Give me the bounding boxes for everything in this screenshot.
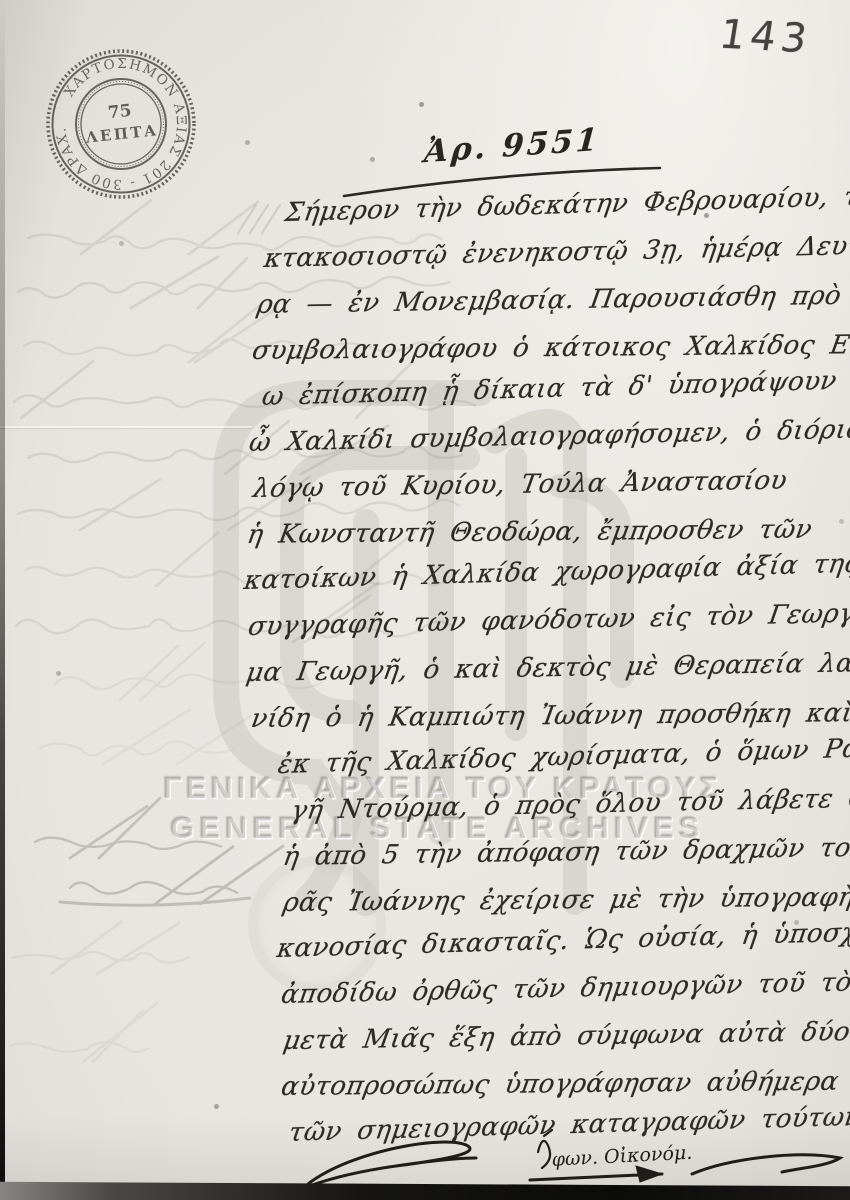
ghost-stamp-impression <box>248 856 386 994</box>
manuscript-line: νίδη ὁ ἡ Καμπιώτη Ἰωάννη προσθήκη καὶ ὡς <box>249 698 850 734</box>
manuscript-line: συμβολαιογράφου ὁ κάτοικος Χαλκίδος Εὐάν… <box>250 330 850 366</box>
manuscript-line: ρᾶς Ἰωάννης ἐχείρισε μὲ τὴν ὑπογραφὴ <box>281 882 850 918</box>
signature-monogram <box>538 1130 552 1168</box>
bleed-through-line <box>12 922 190 974</box>
manuscript-scan-page: ΧΑΡΤΟΣΗΜΟΝ ΑΞΙΑΣ 201 - 300 ΔΡΑΧ. 75 ΛΕΠΤ… <box>0 0 850 1200</box>
stamp-unit: ΛΕΠΤΑ <box>84 121 159 147</box>
manuscript-line: ἡ Κωνσταντῆ Θεοδώρα, ἔμπροσθεν τῶν <box>245 515 814 550</box>
bleed-through-line <box>238 205 280 233</box>
bleed-through-line <box>40 709 251 764</box>
paper-specks <box>0 0 3 3</box>
paper-crease <box>0 426 252 428</box>
signature-arrow-head <box>636 1166 662 1182</box>
svg-text:ΧΑΡΤΟΣΗΜΟΝ ΑΞΙΑΣ 201 - 300 ΔΡΑ: ΧΑΡΤΟΣΗΜΟΝ ΑΞΙΑΣ 201 - 300 ΔΡΑΧ. <box>29 32 213 216</box>
bleed-through-line <box>60 846 283 905</box>
archive-page-number: 143 <box>716 12 814 62</box>
signature-flourish-left <box>304 1142 476 1188</box>
signature-name: φων. Οἰκονόμ. <box>551 1142 693 1171</box>
scan-edge-left <box>0 0 5 1200</box>
bleed-through-line <box>10 1003 157 1062</box>
signature-flourish-right <box>692 1155 840 1174</box>
stamp-ring-text: ΧΑΡΤΟΣΗΜΟΝ ΑΞΙΑΣ 201 - 300 ΔΡΑΧ. <box>29 32 213 216</box>
stamp-scalloped-ring <box>48 51 194 197</box>
manuscript-line: αὐτοπροσώπως ὑπογράφησαν αὐθήμερα <box>279 1067 841 1102</box>
revenue-stamp: ΧΑΡΤΟΣΗΜΟΝ ΑΞΙΑΣ 201 - 300 ΔΡΑΧ. 75 ΛΕΠΤ… <box>42 45 200 203</box>
stamp-value: 75 <box>107 101 133 123</box>
